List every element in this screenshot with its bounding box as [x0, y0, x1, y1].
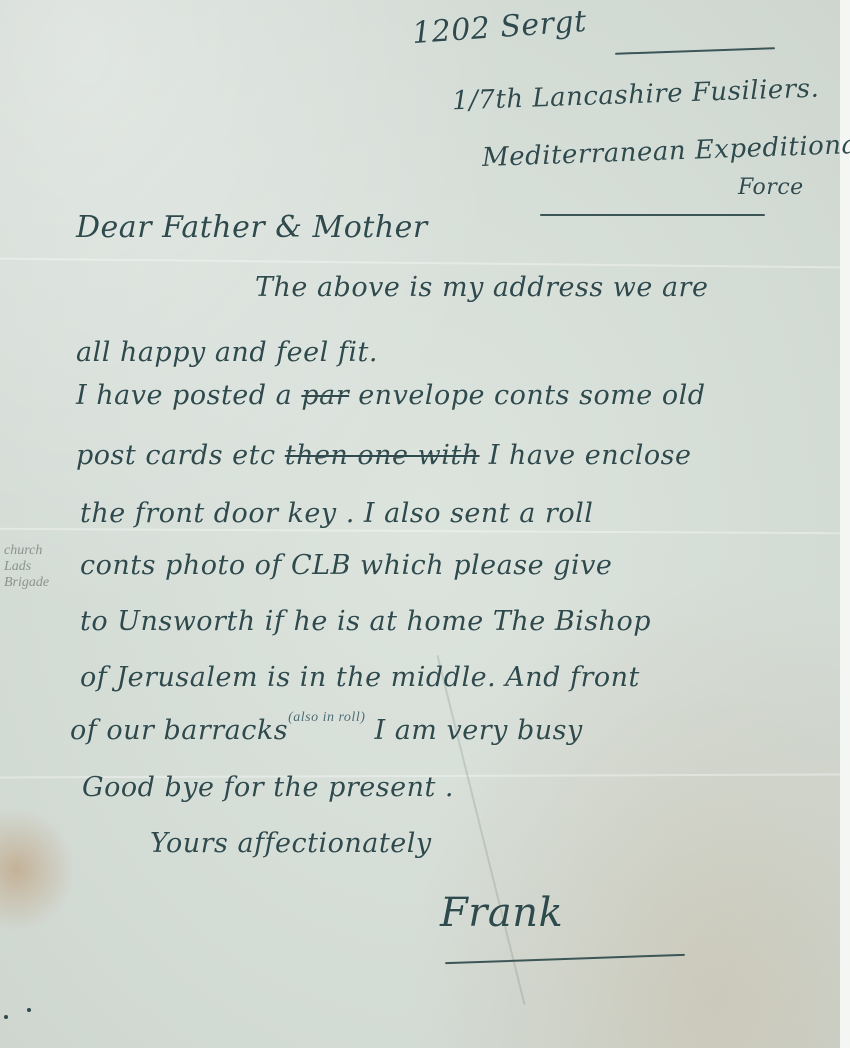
address-rule — [540, 214, 765, 216]
ink-speck — [27, 1008, 31, 1012]
body-line-4: post cards etc then one with I have encl… — [76, 440, 691, 471]
margin-note: church Lads Brigade — [4, 543, 49, 591]
letter-paper: 1202 Sergt 1/7th Lancashire Fusiliers. M… — [0, 0, 840, 1048]
address-line-1: 1202 Sergt — [411, 4, 588, 51]
body-line-2: all happy and feel fit. — [76, 337, 378, 368]
closing: Yours affectionately — [150, 828, 432, 859]
body-line-10: Good bye for the present . — [82, 772, 454, 803]
paper-fold — [0, 258, 840, 269]
body-line-3: I have posted a par envelope conts some … — [76, 380, 706, 411]
address-line-3: Mediterranean Expeditionary — [482, 129, 850, 173]
struck-phrase: then one with — [285, 440, 480, 471]
body-line-9: of our barracks(also in roll) I am very … — [70, 715, 583, 746]
signature: Frank — [440, 890, 563, 936]
ink-speck — [4, 1015, 8, 1019]
address-line-2: 1/7th Lancashire Fusiliers. — [452, 74, 820, 117]
salutation: Dear Father & Mother — [76, 210, 428, 245]
body-line-7: to Unsworth if he is at home The Bishop — [80, 606, 651, 637]
address-underline — [615, 47, 775, 55]
body-line-5: the front door key . I also sent a roll — [80, 498, 593, 529]
struck-word: par — [301, 380, 349, 411]
body-line-6: conts photo of CLB which please give — [80, 550, 612, 581]
inserted-note: (also in roll) — [288, 710, 365, 725]
paper-crease — [436, 655, 525, 1005]
body-line-1: The above is my address we are — [255, 272, 708, 303]
signature-flourish — [445, 954, 685, 964]
address-line-4: Force — [738, 175, 804, 200]
body-line-8: of Jerusalem is in the middle. And front — [80, 662, 640, 693]
